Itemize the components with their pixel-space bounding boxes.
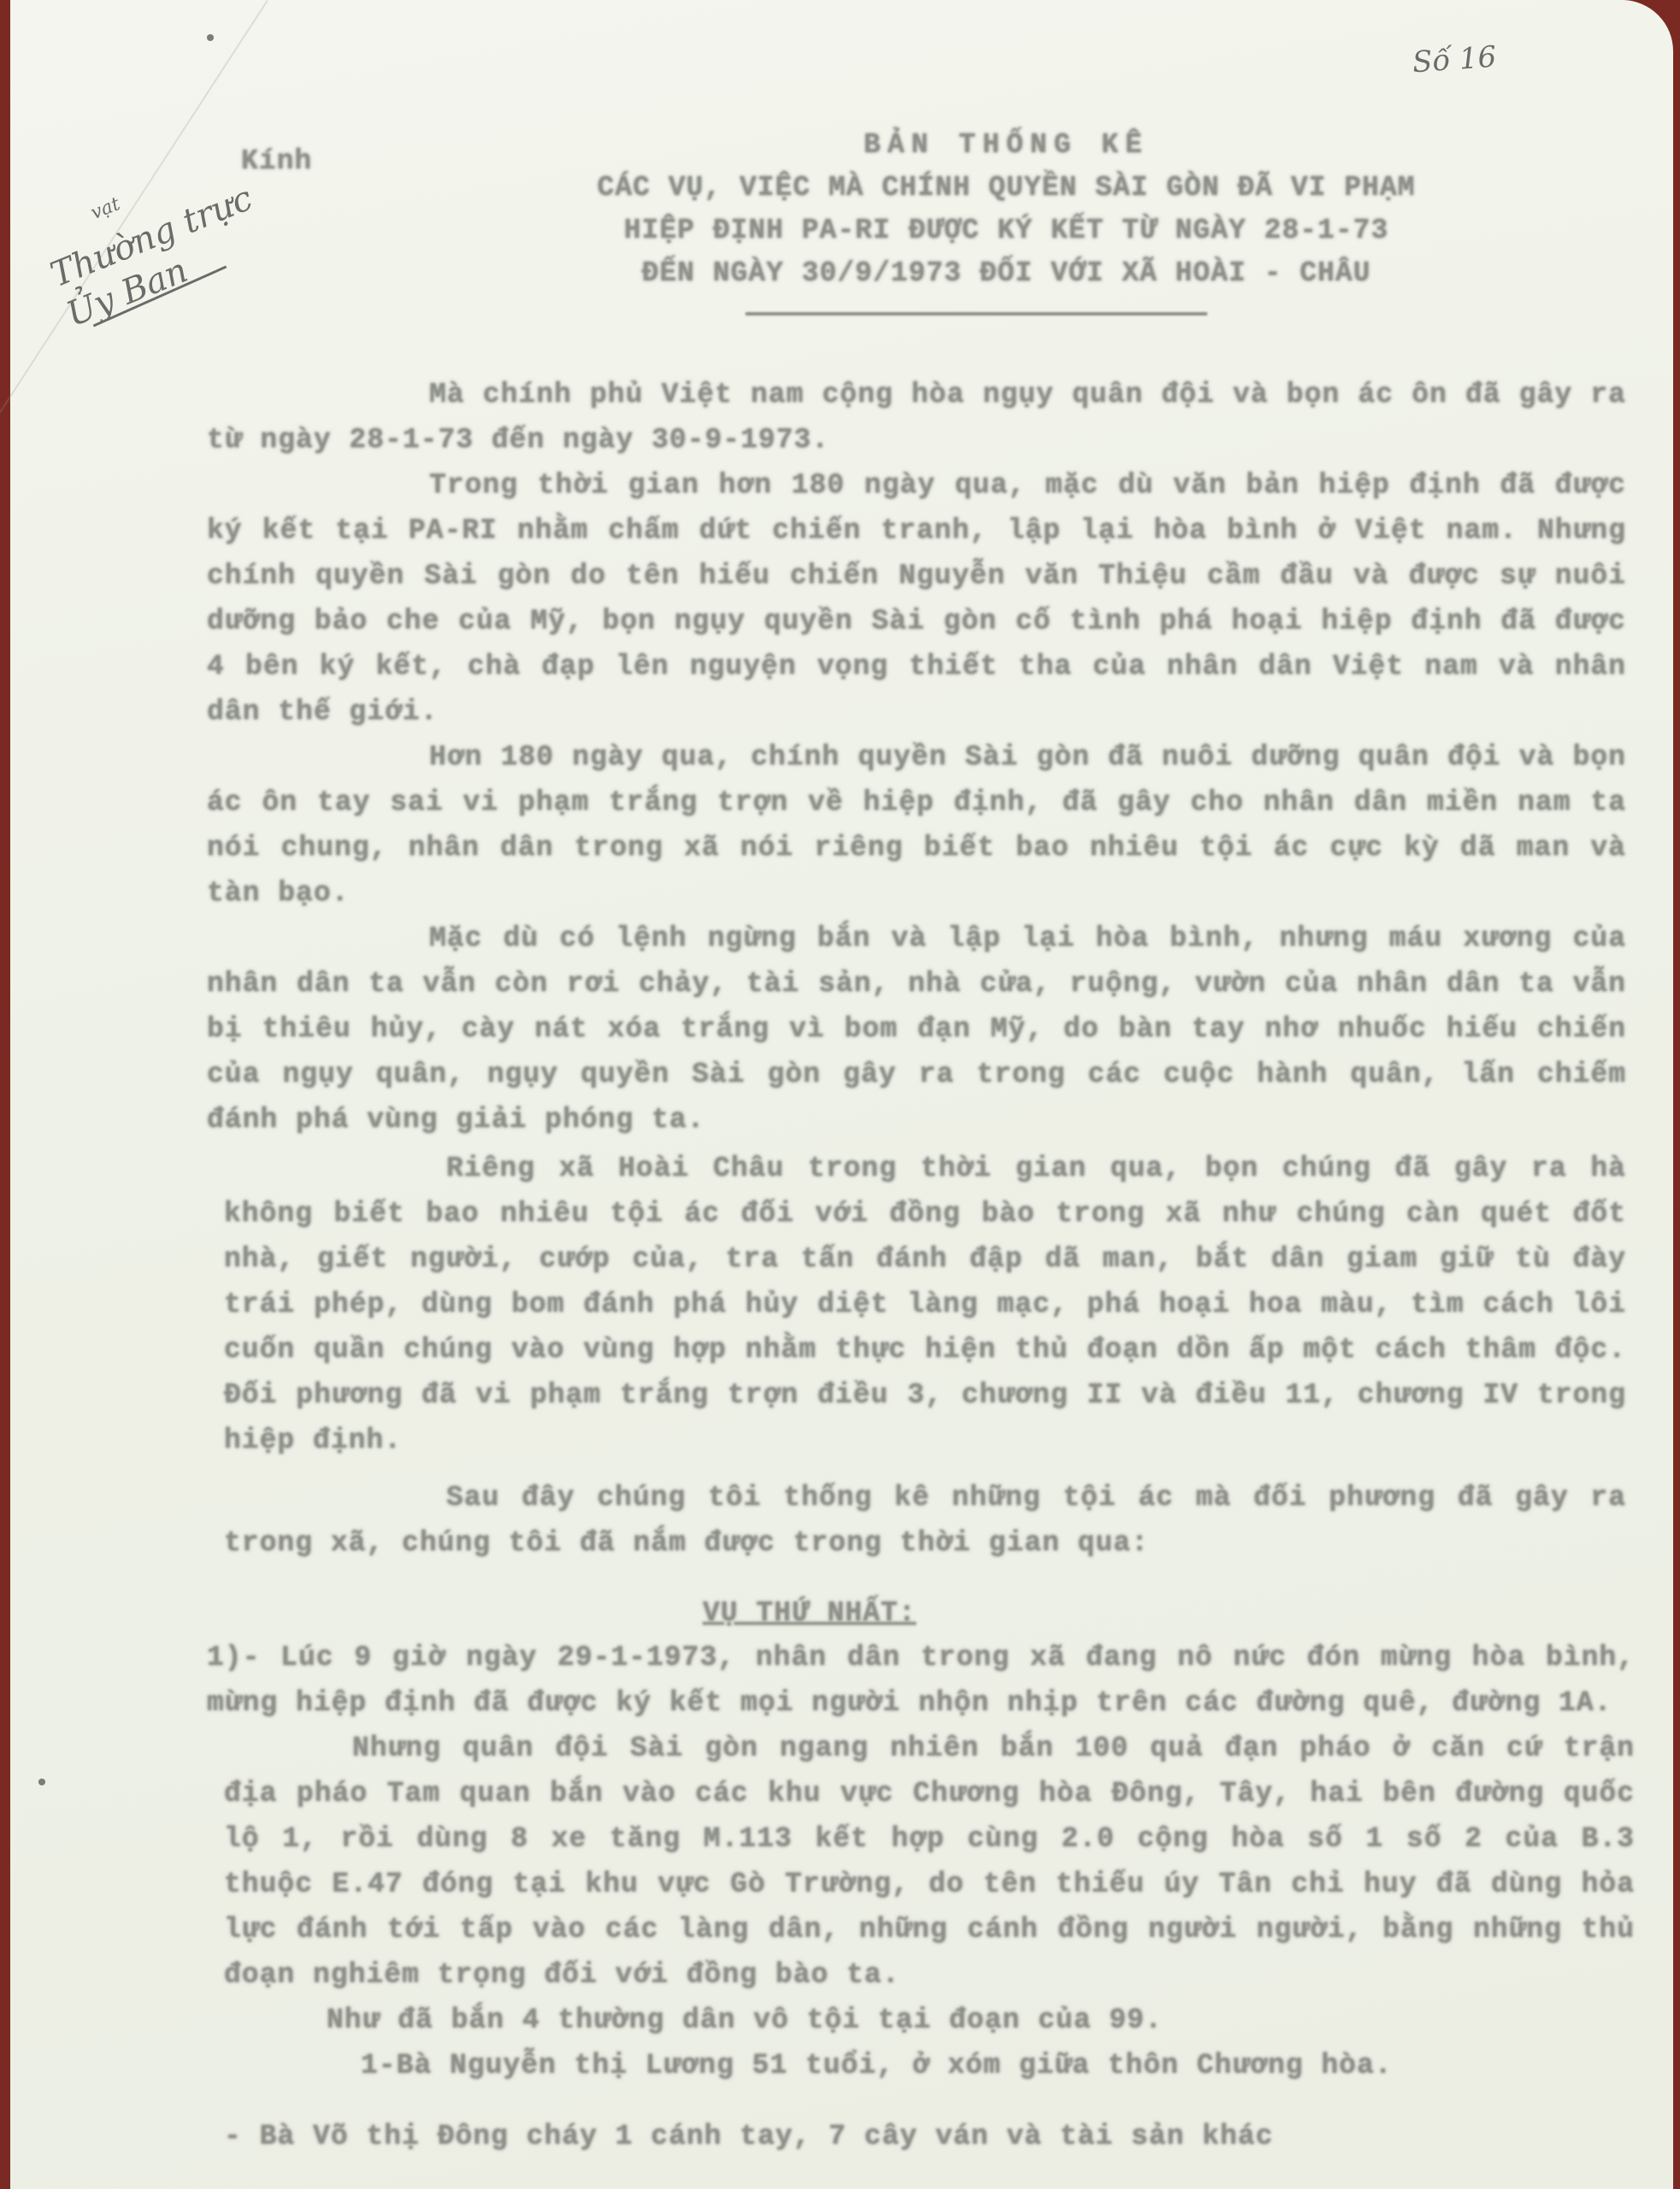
title-line: BẢN THỐNG KÊ (549, 124, 1464, 167)
paragraph: Riêng xã Hoài Châu trong thời gian qua, … (224, 1146, 1626, 1463)
document-page: Số 16 vạt Thường trực Ủy Ban Kính BẢN TH… (10, 0, 1673, 2189)
list-item: Như đã bắn 4 thường dân vô tội tại đoạn … (224, 1997, 1635, 2043)
paragraph: Mặc dù có lệnh ngừng bắn và lập lại hòa … (207, 916, 1626, 1142)
list-item: - Bà Võ thị Đông cháy 1 cánh tay, 7 cây … (224, 2114, 1635, 2159)
document-title: BẢN THỐNG KÊ CÁC VỤ, VIỆC MÀ CHÍNH QUYỀN… (549, 124, 1464, 295)
violations-summary-section: Riêng xã Hoài Châu trong thời gian qua, … (224, 1146, 1626, 1566)
title-line: ĐẾN NGÀY 30/9/1973 ĐỐI VỚI XÃ HOÀI - CHÂ… (642, 257, 1371, 289)
ink-speck: • (203, 26, 218, 55)
section-heading: VỤ THỨ NHẤT: (703, 1597, 917, 1629)
title-line: HIỆP ĐỊNH PA-RI ĐƯỢC KÝ KẾT TỪ NGÀY 28-1… (624, 215, 1389, 246)
paragraph: Sau đây chúng tôi thống kê những tội ác … (224, 1475, 1626, 1566)
list-item: 1-Bà Nguyễn thị Lương 51 tuổi, ở xóm giữ… (224, 2043, 1635, 2088)
paragraph: Trong thời gian hơn 180 ngày qua, mặc dù… (207, 463, 1626, 735)
list-item: 1)- Lúc 9 giờ ngày 29-1-1973, nhân dân t… (207, 1635, 1635, 1726)
paragraph: Hơn 180 ngày qua, chính quyền Sài gòn đã… (207, 735, 1626, 916)
page-number-annotation: Số 16 (1412, 40, 1498, 80)
salutation: Kính (241, 145, 312, 177)
intro-section: Mà chính phủ Việt nam cộng hòa ngụy quân… (207, 372, 1626, 1142)
title-underline (746, 312, 1207, 316)
paragraph: Mà chính phủ Việt nam cộng hòa ngụy quân… (207, 372, 1626, 463)
ink-speck: • (34, 1770, 50, 1799)
case-one-section: 1)- Lúc 9 giờ ngày 29-1-1973, nhân dân t… (224, 1635, 1635, 2159)
title-line: CÁC VỤ, VIỆC MÀ CHÍNH QUYỀN SÀI GÒN ĐÃ V… (598, 172, 1416, 204)
list-item: Nhưng quân đội Sài gòn ngang nhiên bắn 1… (224, 1726, 1635, 1997)
